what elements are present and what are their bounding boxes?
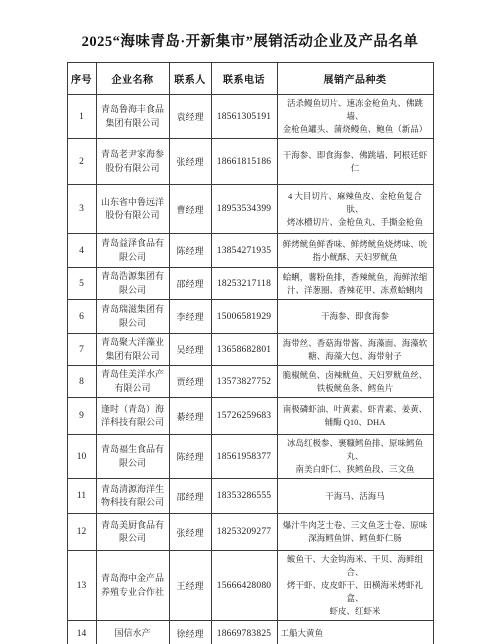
phone-number-cell: 15726259683 — [211, 398, 277, 435]
exhibitor-table: 序号 企业名称 联系人 联系电话 展销产品种类 1 青岛鲁海丰食品 集团有限公司… — [67, 62, 434, 644]
row-number-cell: 8 — [67, 366, 96, 398]
header-phone-number: 联系电话 — [211, 63, 277, 95]
company-name-cell: 逢时（青岛）海 洋科技有限公司 — [96, 398, 169, 435]
contact-person-cell: 綦经理 — [169, 398, 211, 435]
products-cell: 干海马、活海马 — [277, 479, 433, 514]
products-cell: 鲅鱼干、大金钩海米、干贝、海鲜组合、 烤干虾、皮皮虾干、田横海米烤虾礼盒、 虾皮… — [277, 551, 433, 621]
products-cell: 脆椒鱿鱼、卤辣鱿鱼、天妇罗鱿鱼丝、 铁板鱿鱼条、鳕鱼片 — [277, 366, 433, 398]
table-row: 3 山东省中鲁远洋 股份有限公司 曹经理 18953534399 4 大目切片、… — [67, 185, 433, 234]
row-number-cell: 6 — [67, 300, 96, 334]
phone-number-cell: 18953534399 — [211, 185, 277, 234]
company-name-cell: 青岛清源海洋生 物科技有限公司 — [96, 479, 169, 514]
table-row: 12 青岛美厨食品有 限公司 张经理 18253209277 爆汁牛肉芝士卷、三… — [67, 514, 433, 551]
row-number-cell: 12 — [67, 514, 96, 551]
products-cell: 蛤蜊，薯粉鱼排，香辣鱿鱼，海鲜浓缩 汁、洋葱圈、香辣花甲、冻煮蛤蜊肉 — [277, 268, 433, 300]
contact-person-cell: 张经理 — [169, 139, 211, 185]
row-number-cell: 13 — [67, 551, 96, 621]
row-number-cell: 7 — [67, 334, 96, 366]
header-contact-person: 联系人 — [169, 63, 211, 95]
row-number-cell: 1 — [67, 95, 96, 139]
contact-person-cell: 徐经理 — [169, 621, 211, 644]
phone-number-cell: 13854271935 — [211, 234, 277, 268]
products-cell: 工船大黄鱼 — [277, 621, 433, 644]
products-cell: 爆汁牛肉芝士卷、三文鱼芝士卷、原味 深海鳕鱼饼、鳕鱼虾仁肠 — [277, 514, 433, 551]
phone-number-cell: 13658682801 — [211, 334, 277, 366]
company-name-cell: 山东省中鲁远洋 股份有限公司 — [96, 185, 169, 234]
contact-person-cell: 袁经理 — [169, 95, 211, 139]
table-row: 13 青岛海中金产品 养殖专业合作社 王经理 15666428080 鲅鱼干、大… — [67, 551, 433, 621]
table-row: 2 青岛老尹家海参 股份有限公司 张经理 18661815186 干海参、即食海… — [67, 139, 433, 185]
row-number-cell: 9 — [67, 398, 96, 435]
company-table-body: 1 青岛鲁海丰食品 集团有限公司 袁经理 18561305191 活杀鳗鱼切片、… — [67, 95, 433, 644]
phone-number-cell: 15666428080 — [211, 551, 277, 621]
row-number-cell: 5 — [67, 268, 96, 300]
products-cell: 干海参、即食海参 — [277, 300, 433, 334]
table-row: 10 青岛福生食品有 限公司 陈经理 18561958377 冰岛红极参、裹糠鳕… — [67, 435, 433, 479]
products-cell: 鲜烤鱿鱼鲜香味、鲜烤鱿鱼烧烤味、吮 指小鱿酥、天妇罗鱿鱼 — [277, 234, 433, 268]
table-row: 8 青岛佳美洋水产 有限公司 贾经理 13573827752 脆椒鱿鱼、卤辣鱿鱼… — [67, 366, 433, 398]
row-number-cell: 4 — [67, 234, 96, 268]
document-page: 2025“海味青岛·开新集市”展销活动企业及产品名单 序号 企业名称 联系人 联… — [0, 0, 500, 644]
company-name-cell: 青岛美厨食品有 限公司 — [96, 514, 169, 551]
phone-number-cell: 18253217118 — [211, 268, 277, 300]
phone-number-cell: 18561958377 — [211, 435, 277, 479]
contact-person-cell: 李经理 — [169, 300, 211, 334]
contact-person-cell: 邵经理 — [169, 268, 211, 300]
company-name-cell: 青岛益泽食品有 限公司 — [96, 234, 169, 268]
company-name-cell: 青岛浩源集团有 限公司 — [96, 268, 169, 300]
table-row: 4 青岛益泽食品有 限公司 陈经理 13854271935 鲜烤鱿鱼鲜香味、鲜烤… — [67, 234, 433, 268]
products-cell: 4 大目切片、麻辣鱼皮、金枪鱼复合肽、 烤冰槽切片、金枪鱼丸、手撕金枪鱼 — [277, 185, 433, 234]
contact-person-cell: 张经理 — [169, 514, 211, 551]
products-cell: 干海参、即食海参、佛跳墙、阿根廷虾 仁 — [277, 139, 433, 185]
products-cell: 海带丝、香菇海带酱、海藻面、海藻软 糖、海藻大包、海带射子 — [277, 334, 433, 366]
contact-person-cell: 陈经理 — [169, 234, 211, 268]
company-name-cell: 青岛老尹家海参 股份有限公司 — [96, 139, 169, 185]
phone-number-cell: 18561305191 — [211, 95, 277, 139]
table-row: 11 青岛清源海洋生 物科技有限公司 邵经理 18353286555 干海马、活… — [67, 479, 433, 514]
company-name-cell: 青岛鲁海丰食品 集团有限公司 — [96, 95, 169, 139]
company-name-cell: 青岛海中金产品 养殖专业合作社 — [96, 551, 169, 621]
company-name-cell: 青岛聚大洋藻业 集团有限公司 — [96, 334, 169, 366]
contact-person-cell: 吴经理 — [169, 334, 211, 366]
company-name-cell: 国信水产 — [96, 621, 169, 644]
row-number-cell: 3 — [67, 185, 96, 234]
row-number-cell: 2 — [67, 139, 96, 185]
table-row: 14 国信水产 徐经理 18669783825 工船大黄鱼 — [67, 621, 433, 644]
row-number-cell: 14 — [67, 621, 96, 644]
company-name-cell: 青岛福生食品有 限公司 — [96, 435, 169, 479]
company-name-cell: 青岛瑞滋集团有 限公司 — [96, 300, 169, 334]
page-title: 2025“海味青岛·开新集市”展销活动企业及产品名单 — [0, 30, 500, 51]
table-row: 7 青岛聚大洋藻业 集团有限公司 吴经理 13658682801 海带丝、香菇海… — [67, 334, 433, 366]
phone-number-cell: 18669783825 — [211, 621, 277, 644]
table-row: 9 逢时（青岛）海 洋科技有限公司 綦经理 15726259683 南极磷虾油、… — [67, 398, 433, 435]
contact-person-cell: 邵经理 — [169, 479, 211, 514]
row-number-cell: 10 — [67, 435, 96, 479]
contact-person-cell: 王经理 — [169, 551, 211, 621]
header-company-name: 企业名称 — [96, 63, 169, 95]
phone-number-cell: 15006581929 — [211, 300, 277, 334]
table-header-row: 序号 企业名称 联系人 联系电话 展销产品种类 — [67, 63, 433, 95]
contact-person-cell: 贾经理 — [169, 366, 211, 398]
phone-number-cell: 18253209277 — [211, 514, 277, 551]
products-cell: 南极磷虾油、叶黄素、虾青素、姜黄、 辅酶 Q10、DHA — [277, 398, 433, 435]
table-row: 6 青岛瑞滋集团有 限公司 李经理 15006581929 干海参、即食海参 — [67, 300, 433, 334]
contact-person-cell: 曹经理 — [169, 185, 211, 234]
phone-number-cell: 18661815186 — [211, 139, 277, 185]
phone-number-cell: 18353286555 — [211, 479, 277, 514]
company-name-cell: 青岛佳美洋水产 有限公司 — [96, 366, 169, 398]
row-number-cell: 11 — [67, 479, 96, 514]
contact-person-cell: 陈经理 — [169, 435, 211, 479]
phone-number-cell: 13573827752 — [211, 366, 277, 398]
header-serial-number: 序号 — [67, 63, 96, 95]
table-row: 1 青岛鲁海丰食品 集团有限公司 袁经理 18561305191 活杀鳗鱼切片、… — [67, 95, 433, 139]
table-row: 5 青岛浩源集团有 限公司 邵经理 18253217118 蛤蜊，薯粉鱼排，香辣… — [67, 268, 433, 300]
header-product-types: 展销产品种类 — [277, 63, 433, 95]
products-cell: 活杀鳗鱼切片、速冻金枪鱼丸、佛跳墙、 金枪鱼罐头、蒲烧鳗鱼、鲍鱼（新品） — [277, 95, 433, 139]
products-cell: 冰岛红极参、裹糠鳕鱼排、原味鳕鱼丸、 南美白虾仁、狭鳕鱼段、三文鱼 — [277, 435, 433, 479]
